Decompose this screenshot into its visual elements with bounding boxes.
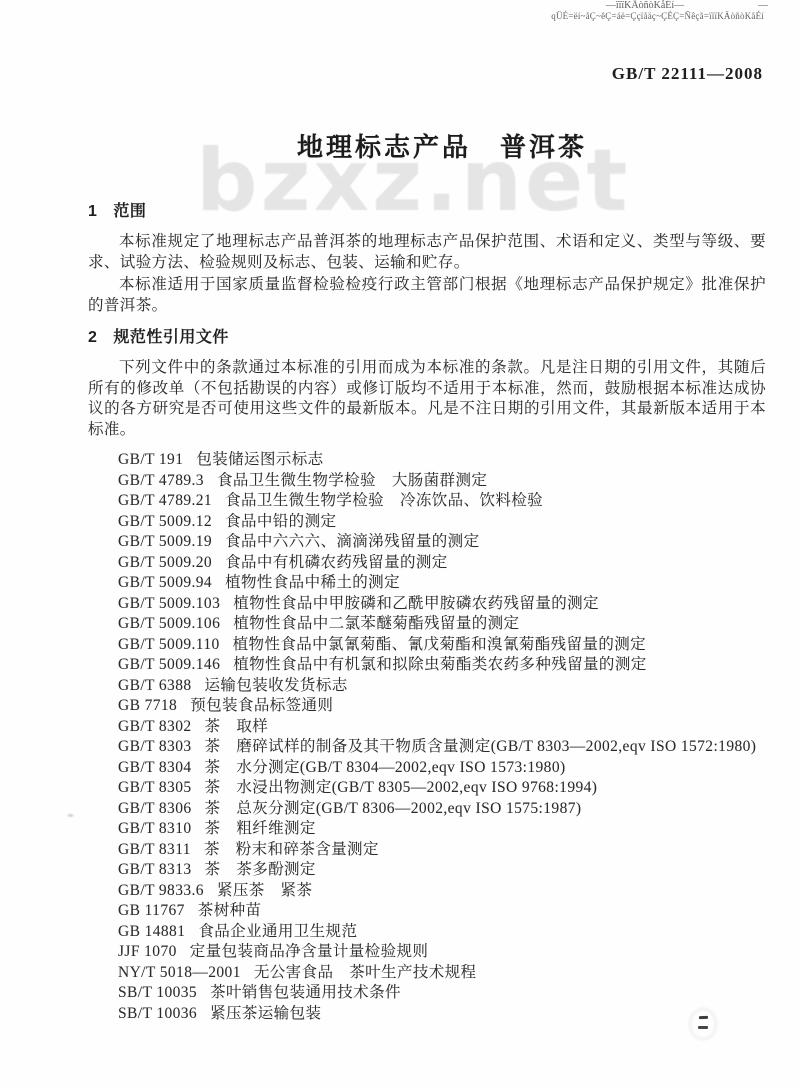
reference-title: 包装储运图示标志 bbox=[196, 451, 323, 468]
scanned-standard-page: —ïïïKÄòñòKåÉí— — qÜÉ=ëí~åÇ~êÇ=áë=Ççïåäç~… bbox=[0, 0, 800, 1090]
reference-code: GB/T 4789.3 bbox=[118, 472, 204, 489]
reference-code: GB/T 8302 bbox=[118, 718, 192, 735]
reference-item: SB/T 10036紧压茶运输包装 bbox=[88, 1004, 766, 1025]
reference-title: 运输包装收发货标志 bbox=[205, 677, 348, 694]
reference-item: NY/T 5018—2001无公害食品 茶叶生产技术规程 bbox=[88, 963, 766, 984]
reference-item: GB/T 191包装储运图示标志 bbox=[88, 450, 766, 471]
reference-item: GB/T 8313茶 茶多酚测定 bbox=[88, 860, 766, 881]
reference-item: GB 11767茶树种苗 bbox=[88, 901, 766, 922]
document-title: 地理标志产品 普洱茶 bbox=[88, 0, 766, 164]
reference-title: 食品中有机磷农药残留量的测定 bbox=[225, 554, 448, 571]
reference-code: GB/T 6388 bbox=[118, 677, 192, 694]
reference-item: GB/T 5009.19食品中六六六、滴滴涕残留量的测定 bbox=[88, 532, 766, 553]
reference-title: 植物性食品中氯氰菊酯、氰戊菊酯和溴氰菊酯残留量的测定 bbox=[233, 636, 646, 653]
reference-title: 紧压茶 紧茶 bbox=[217, 882, 312, 899]
reference-code: GB/T 8305 bbox=[118, 779, 192, 796]
reference-item: GB 7718预包装食品标签通则 bbox=[88, 696, 766, 717]
reference-item: GB 14881食品企业通用卫生规范 bbox=[88, 922, 766, 943]
reference-code: GB/T 8304 bbox=[118, 759, 192, 776]
section-1-number: 1 bbox=[88, 202, 97, 222]
reference-item: GB/T 5009.12食品中铅的测定 bbox=[88, 512, 766, 533]
reference-item: GB/T 9833.6紧压茶 紧茶 bbox=[88, 881, 766, 902]
reference-item: GB/T 8303茶 磨碎试样的制备及其干物质含量测定(GB/T 8303—20… bbox=[88, 737, 766, 758]
reference-item: GB/T 8304茶 水分测定(GB/T 8304—2002,eqv ISO 1… bbox=[88, 758, 766, 779]
reference-code: GB 7718 bbox=[118, 697, 177, 714]
scan-smudge-mark-2 bbox=[698, 1026, 708, 1029]
reference-item: GB/T 5009.20食品中有机磷农药残留量的测定 bbox=[88, 553, 766, 574]
reference-item: GB/T 4789.3食品卫生微生物学检验 大肠菌群测定 bbox=[88, 471, 766, 492]
reference-item: SB/T 10035茶叶销售包装通用技术条件 bbox=[88, 983, 766, 1004]
section-1-paragraph-1: 本标准规定了地理标志产品普洱茶的地理标志产品保护范围、术语和定义、类型与等级、要… bbox=[88, 232, 766, 273]
reference-code: JJF 1070 bbox=[118, 943, 177, 960]
reference-title: 植物性食品中二氯苯醚菊酯残留量的测定 bbox=[233, 615, 519, 632]
reference-code: GB/T 5009.19 bbox=[118, 533, 212, 550]
reference-title: 茶 总灰分测定(GB/T 8306—2002,eqv ISO 1575:1987… bbox=[205, 800, 582, 817]
reference-title: 植物性食品中有机氯和拟除虫菊酯类农药多种残留量的测定 bbox=[233, 656, 646, 673]
reference-code: GB/T 9833.6 bbox=[118, 882, 204, 899]
reference-item: GB/T 5009.106植物性食品中二氯苯醚菊酯残留量的测定 bbox=[88, 614, 766, 635]
reference-title: 食品企业通用卫生规范 bbox=[198, 923, 357, 940]
section-2-heading-label: 规范性引用文件 bbox=[113, 329, 229, 346]
reference-item: GB/T 5009.103植物性食品中甲胺磷和乙酰甲胺磷农药残留量的测定 bbox=[88, 594, 766, 615]
reference-title: 茶叶销售包装通用技术条件 bbox=[210, 984, 401, 1001]
reference-item: GB/T 8310茶 粗纤维测定 bbox=[88, 819, 766, 840]
section-2-heading: 2规范性引用文件 bbox=[88, 328, 766, 348]
section-1-paragraph-2: 本标准适用于国家质量监督检验检疫行政主管部门根据《地理标志产品保护规定》批准保护… bbox=[88, 275, 766, 316]
reference-title: 茶 水分测定(GB/T 8304—2002,eqv ISO 1573:1980) bbox=[205, 759, 566, 776]
reference-code: GB/T 8313 bbox=[118, 861, 192, 878]
reference-code: GB/T 8306 bbox=[118, 800, 192, 817]
reference-item: GB/T 8311茶 粉末和碎茶含量测定 bbox=[88, 840, 766, 861]
section-2-paragraph-1: 下列文件中的条款通过本标准的引用而成为本标准的条款。凡是注日期的引用文件，其随后… bbox=[88, 358, 766, 440]
reference-title: 植物性食品中甲胺磷和乙酰甲胺磷农药残留量的测定 bbox=[233, 595, 599, 612]
reference-code: GB/T 5009.12 bbox=[118, 513, 212, 530]
reference-code: GB/T 5009.110 bbox=[118, 636, 220, 653]
reference-title: 茶 水浸出物测定(GB/T 8305—2002,eqv ISO 9768:199… bbox=[205, 779, 598, 796]
reference-title: 定量包装商品净含量计量检验规则 bbox=[190, 943, 429, 960]
reference-code: SB/T 10036 bbox=[118, 1005, 197, 1022]
reference-title: 茶 取样 bbox=[205, 718, 269, 735]
reference-code: GB 14881 bbox=[118, 923, 185, 940]
reference-code: GB/T 5009.20 bbox=[118, 554, 212, 571]
reference-title: 紧压茶运输包装 bbox=[210, 1005, 321, 1022]
reference-title: 食品卫生微生物学检验 大肠菌群测定 bbox=[217, 472, 487, 489]
reference-title: 茶树种苗 bbox=[198, 902, 262, 919]
reference-code: GB/T 5009.94 bbox=[118, 574, 212, 591]
reference-title: 无公害食品 茶叶生产技术规程 bbox=[254, 964, 477, 981]
section-2-number: 2 bbox=[88, 328, 97, 348]
section-1-heading: 1范围 bbox=[88, 202, 766, 222]
reference-code: GB/T 8303 bbox=[118, 738, 192, 755]
reference-item: GB/T 5009.146植物性食品中有机氯和拟除虫菊酯类农药多种残留量的测定 bbox=[88, 655, 766, 676]
reference-title: 食品中铅的测定 bbox=[225, 513, 336, 530]
reference-title: 茶 粉末和碎茶含量测定 bbox=[204, 841, 379, 858]
reference-item: GB/T 5009.94植物性食品中稀土的测定 bbox=[88, 573, 766, 594]
reference-code: GB/T 5009.146 bbox=[118, 656, 220, 673]
document-content: 地理标志产品 普洱茶 1范围 本标准规定了地理标志产品普洱茶的地理标志产品保护范… bbox=[0, 0, 800, 1024]
reference-code: GB/T 5009.103 bbox=[118, 595, 220, 612]
reference-title: 茶 茶多酚测定 bbox=[205, 861, 316, 878]
reference-code: GB/T 4789.21 bbox=[118, 492, 212, 509]
reference-title: 食品卫生微生物学检验 冷冻饮品、饮料检验 bbox=[225, 492, 543, 509]
reference-code: NY/T 5018—2001 bbox=[118, 964, 241, 981]
reference-code: GB/T 8311 bbox=[118, 841, 191, 858]
reference-code: SB/T 10035 bbox=[118, 984, 197, 1001]
reference-title: 茶 粗纤维测定 bbox=[205, 820, 316, 837]
reference-item: JJF 1070定量包装商品净含量计量检验规则 bbox=[88, 942, 766, 963]
reference-title: 植物性食品中稀土的测定 bbox=[225, 574, 400, 591]
reference-item: GB/T 8306茶 总灰分测定(GB/T 8306—2002,eqv ISO … bbox=[88, 799, 766, 820]
reference-code: GB 11767 bbox=[118, 902, 185, 919]
references-list: GB/T 191包装储运图示标志GB/T 4789.3食品卫生微生物学检验 大肠… bbox=[88, 450, 766, 1024]
reference-item: GB/T 8302茶 取样 bbox=[88, 717, 766, 738]
reference-title: 茶 磨碎试样的制备及其干物质含量测定(GB/T 8303—2002,eqv IS… bbox=[205, 738, 757, 755]
reference-item: GB/T 8305茶 水浸出物测定(GB/T 8305—2002,eqv ISO… bbox=[88, 778, 766, 799]
reference-item: GB/T 6388运输包装收发货标志 bbox=[88, 676, 766, 697]
reference-item: GB/T 4789.21食品卫生微生物学检验 冷冻饮品、饮料检验 bbox=[88, 491, 766, 512]
reference-code: GB/T 5009.106 bbox=[118, 615, 220, 632]
reference-code: GB/T 8310 bbox=[118, 820, 192, 837]
reference-code: GB/T 191 bbox=[118, 451, 183, 468]
reference-title: 预包装食品标签通则 bbox=[190, 697, 333, 714]
reference-item: GB/T 5009.110植物性食品中氯氰菊酯、氰戊菊酯和溴氰菊酯残留量的测定 bbox=[88, 635, 766, 656]
reference-title: 食品中六六六、滴滴涕残留量的测定 bbox=[225, 533, 479, 550]
section-1-heading-label: 范围 bbox=[113, 203, 146, 220]
